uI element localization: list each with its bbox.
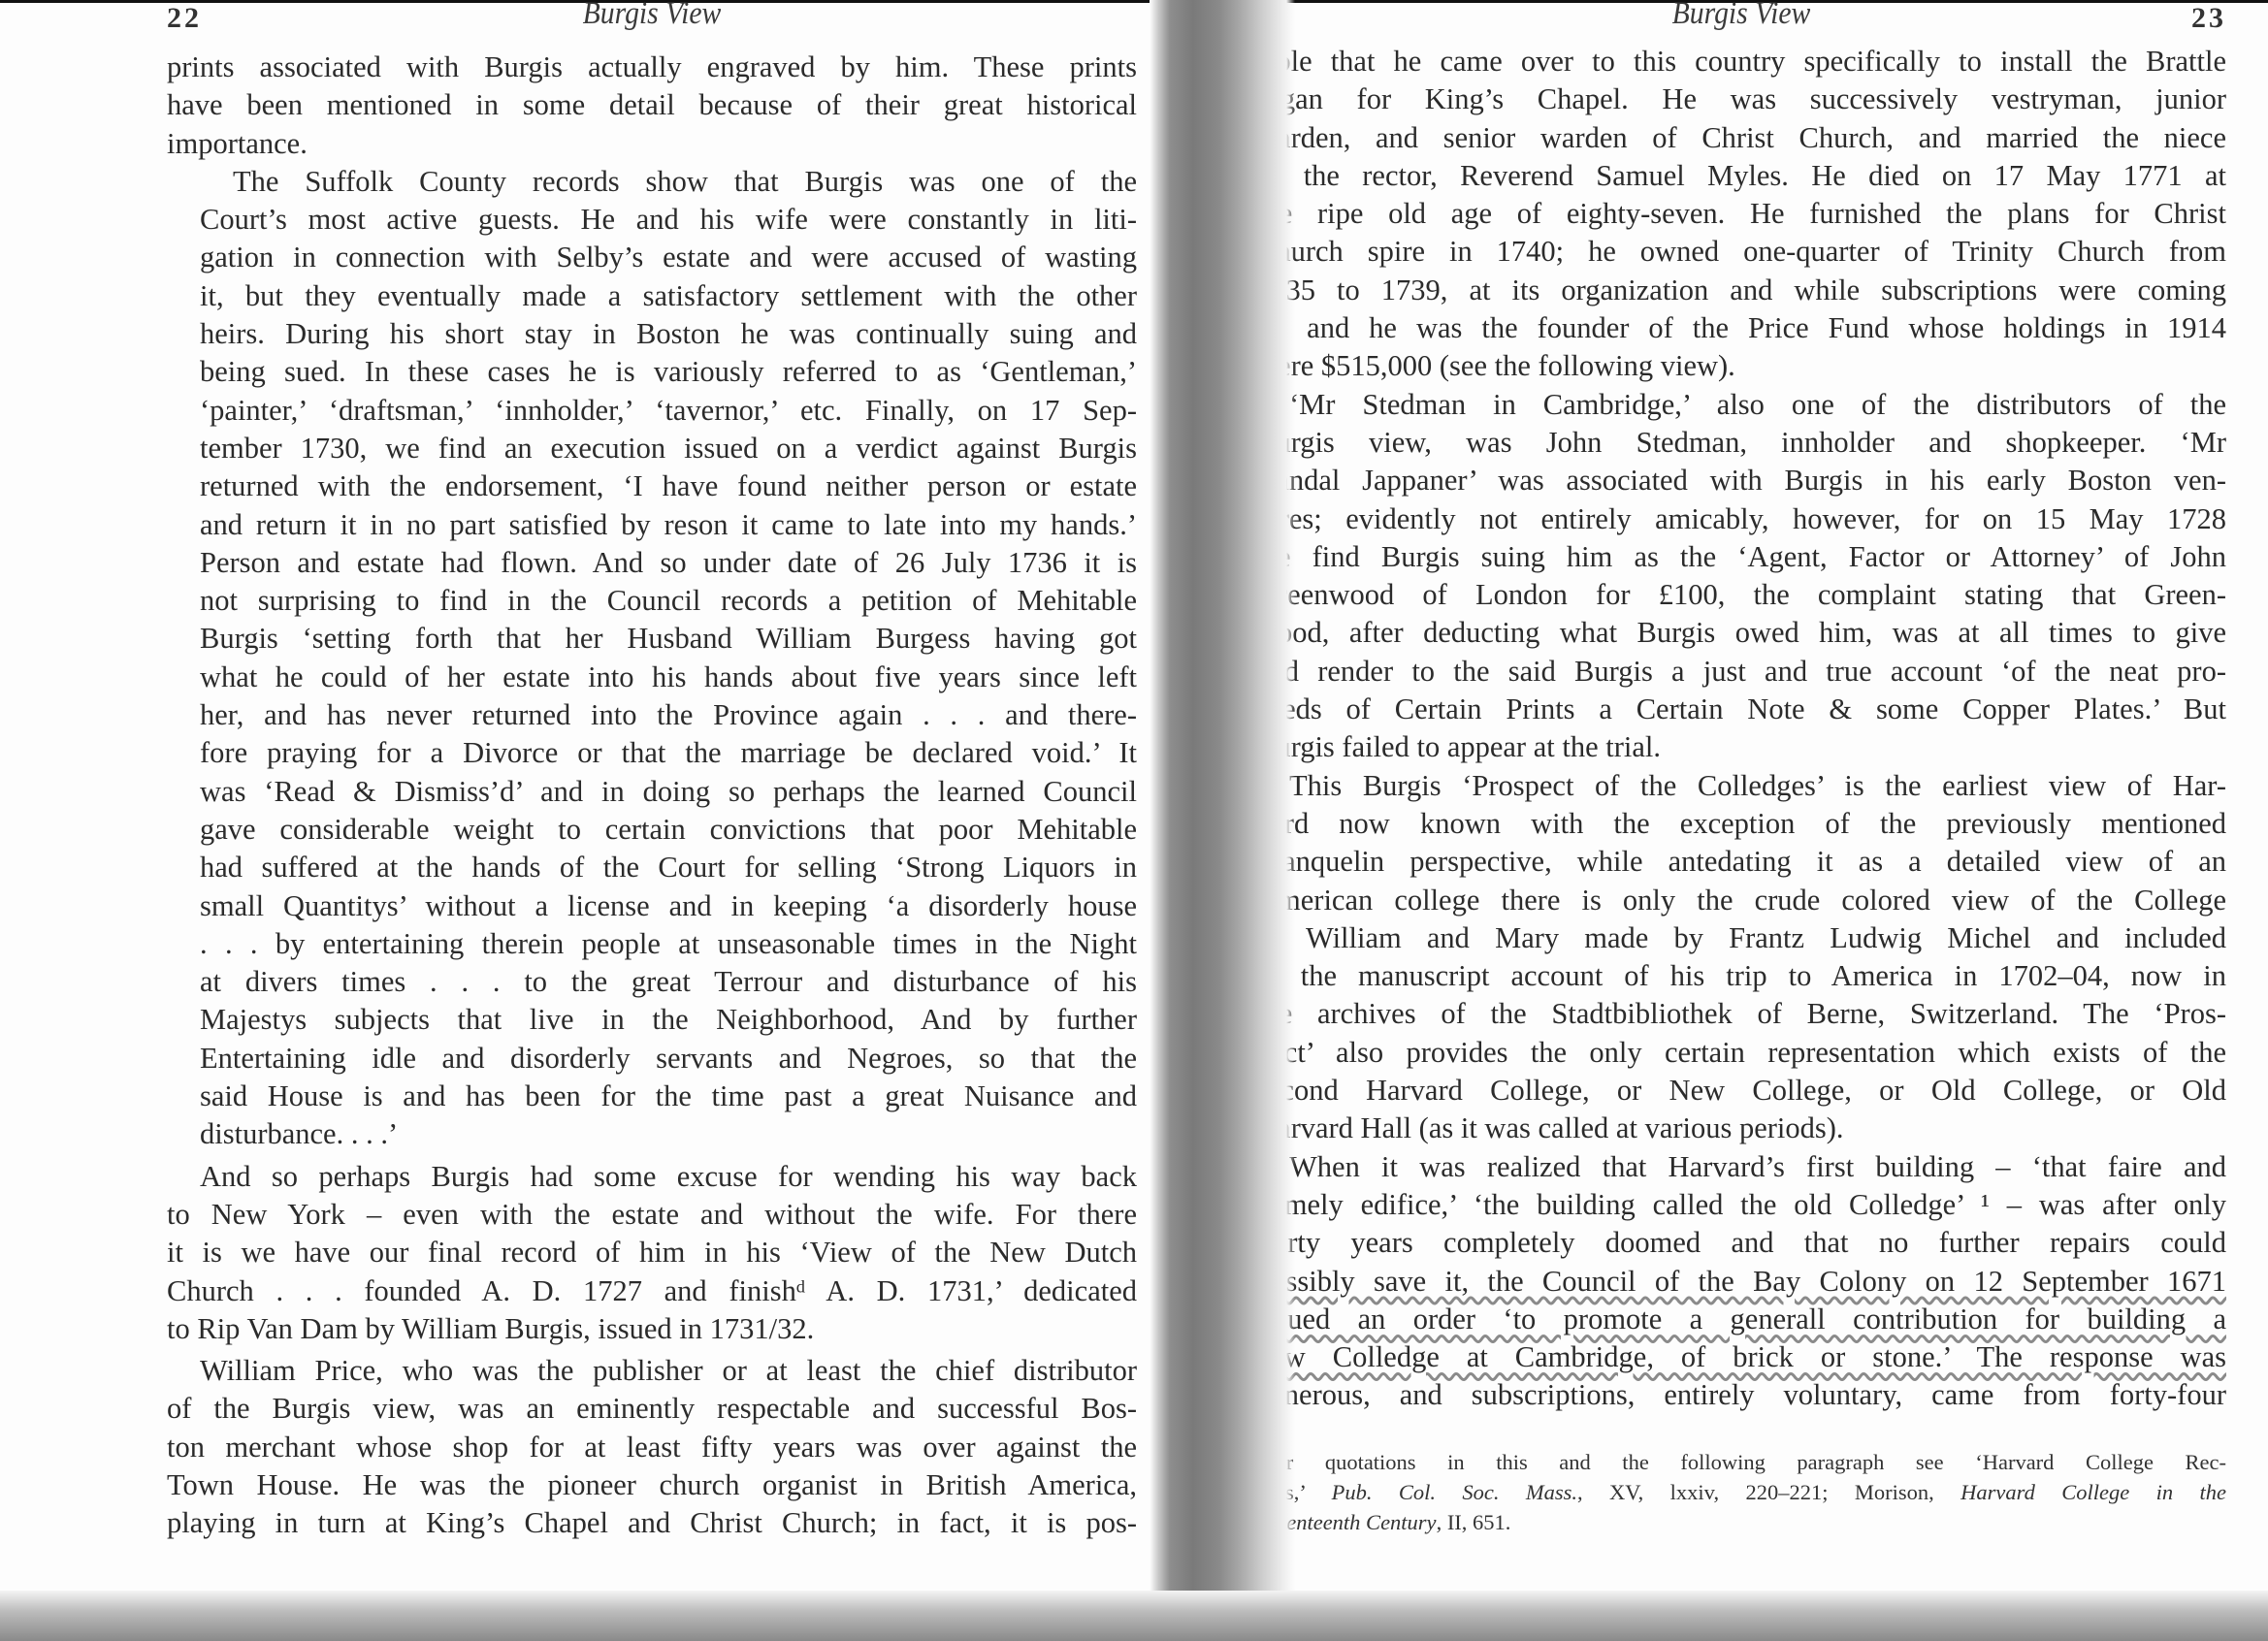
text-line: This Burgis ‘Prospect of the Colledges’ … (1256, 767, 2226, 805)
text-line: was ‘Read & Dismiss’d’ and in doing so p… (167, 773, 1137, 811)
text-line: importance. (167, 125, 1137, 163)
text-line: what he could of her estate into his han… (167, 659, 1137, 696)
text-line: tember 1730, we find an execution issued… (167, 430, 1137, 467)
text-line: Franquelin perspective, while antedating… (1256, 843, 2226, 881)
text-line: Greenwood of London for £100, the compla… (1256, 576, 2226, 614)
text-line: had suffered at the hands of the Court f… (167, 849, 1137, 886)
text-line: comely edifice,’ ‘the building called th… (1256, 1186, 2226, 1224)
text-line: second Harvard College, or New College, … (1256, 1072, 2226, 1110)
footnote-line: Seventeenth Century, II, 651. (1256, 1507, 2226, 1537)
text-line: we find Burgis suing him as the ‘Agent, … (1256, 538, 2226, 576)
text-line: Entertaining idle and disorderly servant… (167, 1040, 1137, 1078)
text-line: generous, and subscriptions, entirely vo… (1256, 1376, 2226, 1414)
text-line: Majestys subjects that live in the Neigh… (167, 1001, 1137, 1039)
text-line: ‘Mr Stedman in Cambridge,’ also one of t… (1256, 386, 2226, 424)
paragraph: And so perhaps Burgis had some excuse fo… (167, 1158, 1137, 1348)
text-line: to Rip Van Dam by William Burgis, issued… (167, 1310, 1137, 1348)
left-body-text: prints associated with Burgis actually e… (167, 48, 1137, 1543)
text-line: at divers times . . . to the great Terro… (167, 963, 1137, 1001)
left-running-head: 22 Burgis View (167, 0, 1137, 39)
text-line: and return it in no part satisfied by re… (167, 506, 1137, 544)
text-line: the ripe old age of eighty-seven. He fur… (1256, 195, 2226, 233)
footnote-line: ords,’ Pub. Col. Soc. Mass., XV, lxxiv, … (1256, 1477, 2226, 1507)
left-page: 22 Burgis View prints associated with Bu… (167, 0, 1137, 1591)
paragraph: This Burgis ‘Prospect of the Colledges’ … (1256, 767, 2226, 1148)
paragraph: prints associated with Burgis actually e… (167, 48, 1137, 163)
footnote: 1For quotations in this and the followin… (1256, 1447, 2226, 1537)
text-line: When it was realized that Harvard’s firs… (1256, 1148, 2226, 1186)
text-line: wood, after deducting what Burgis owed h… (1256, 614, 2226, 652)
text-line: not surprising to find in the Council re… (167, 582, 1137, 620)
text-line: Harvard Hall (as it was called at variou… (1256, 1110, 2226, 1147)
text-line: have been mentioned in some detail becau… (167, 86, 1137, 124)
text-line: . . . by entertaining therein people at … (167, 925, 1137, 963)
text-line: thirty years completely doomed and that … (1256, 1224, 2226, 1262)
paragraph: William Price, who was the publisher or … (167, 1352, 1137, 1542)
text-line: playing in turn at King’s Chapel and Chr… (167, 1504, 1137, 1542)
text-line: Burgis failed to appear at the trial. (1256, 728, 2226, 766)
page-number: 22 (167, 2, 202, 35)
text-line: being sued. In these cases he is various… (167, 353, 1137, 391)
text-line: in the manuscript account of his trip to… (1256, 957, 2226, 995)
text-line: warden, and senior warden of Christ Chur… (1256, 119, 2226, 157)
text-line: organ for King’s Chapel. He was successi… (1256, 80, 2226, 118)
text-line: her, and has never returned into the Pro… (167, 696, 1137, 734)
text-line-underlined: new Colledge at Cambridge, of brick or s… (1256, 1338, 2226, 1376)
book-spread: 22 Burgis View prints associated with Bu… (0, 0, 2268, 1641)
text-line: of the rector, Reverend Samuel Myles. He… (1256, 157, 2226, 195)
text-line: And so perhaps Burgis had some excuse fo… (167, 1158, 1137, 1196)
page-number: 23 (2191, 2, 2226, 35)
text-line: fore praying for a Divorce or that the m… (167, 734, 1137, 772)
text-line: Church spire in 1740; he owned one-quart… (1256, 233, 2226, 271)
text-line: The Suffolk County records show that Bur… (167, 163, 1137, 201)
text-line: Person and estate had flown. And so unde… (167, 544, 1137, 582)
paragraph: sible that he came over to this country … (1256, 43, 2226, 386)
text-line: heirs. During his short stay in Boston h… (167, 315, 1137, 353)
text-line: vard now known with the exception of the… (1256, 805, 2226, 843)
text-line: said House is and has been for the time … (167, 1078, 1137, 1115)
text-line: ‘painter,’ ‘draftsman,’ ‘innholder,’ ‘ta… (167, 392, 1137, 430)
text-line: to New York – even with the estate and w… (167, 1196, 1137, 1234)
right-page: Burgis View 23 sible that he came over t… (1256, 0, 2226, 1591)
citation-title: Pub. Col. Soc. Mass. (1332, 1480, 1577, 1504)
paragraph: The Suffolk County records show that Bur… (167, 163, 1137, 1154)
text-line: tures; evidently not entirely amicably, … (1256, 500, 2226, 538)
text-line: Burgis ‘setting forth that her Husband W… (167, 620, 1137, 658)
text-line: ceeds of Certain Prints a Certain Note &… (1256, 691, 2226, 728)
text-line: pect’ also provides the only certain rep… (1256, 1034, 2226, 1072)
text-line: Burgis view, was John Stedman, innholder… (1256, 424, 2226, 462)
running-head-title: Burgis View (1305, 0, 2178, 32)
text-line-underlined: issued an order ‘to promote a generall c… (1256, 1301, 2226, 1338)
text-line-underlined: possibly save it, the Council of the Bay… (1256, 1263, 2226, 1301)
text-line: ton merchant whose shop for at least fif… (167, 1429, 1137, 1466)
text-line: in; and he was the founder of the Price … (1256, 309, 2226, 347)
text-line: 1735 to 1739, at its organization and wh… (1256, 272, 2226, 309)
text-line: William Price, who was the publisher or … (167, 1352, 1137, 1390)
text-line: Town House. He was the pioneer church or… (167, 1466, 1137, 1504)
citation-title: Harvard College in the (1960, 1480, 2226, 1504)
text-line: sible that he came over to this country … (1256, 43, 2226, 80)
text-line: Randal Jappaner’ was associated with Bur… (1256, 462, 2226, 499)
text-line: it is we have our final record of him in… (167, 1234, 1137, 1271)
footnote-line: 1For quotations in this and the followin… (1256, 1447, 2226, 1477)
text-line: gation in connection with Selby’s estate… (167, 239, 1137, 276)
book-gutter-shadow (1150, 0, 1295, 1641)
running-head-title: Burgis View (215, 0, 1088, 32)
text-line: prints associated with Burgis actually e… (167, 48, 1137, 86)
text-line: of the Burgis view, was an eminently res… (167, 1390, 1137, 1428)
text-line: small Quantitys’ without a license and i… (167, 887, 1137, 925)
right-body-text: sible that he came over to this country … (1256, 43, 2226, 1415)
text-line: of William and Mary made by Frantz Ludwi… (1256, 919, 2226, 957)
text-line: and render to the said Burgis a just and… (1256, 653, 2226, 691)
right-running-head: Burgis View 23 (1256, 0, 2226, 39)
scan-bottom-edge (0, 1591, 2268, 1641)
text-line: returned with the endorsement, ‘I have f… (167, 467, 1137, 505)
text-line: disturbance. . . .’ (167, 1115, 1137, 1153)
paragraph: When it was realized that Harvard’s firs… (1256, 1148, 2226, 1415)
text-line: it, but they eventually made a satisfact… (167, 277, 1137, 315)
text-line: gave considerable weight to certain conv… (167, 811, 1137, 849)
text-line: Church . . . founded A. D. 1727 and fini… (167, 1272, 1137, 1310)
text-line: the archives of the Stadtbibliothek of B… (1256, 995, 2226, 1033)
paragraph: ‘Mr Stedman in Cambridge,’ also one of t… (1256, 386, 2226, 767)
text-line: Court’s most active guests. He and his w… (167, 201, 1137, 239)
text-line: American college there is only the crude… (1256, 882, 2226, 919)
text-line: were $515,000 (see the following view). (1256, 347, 2226, 385)
